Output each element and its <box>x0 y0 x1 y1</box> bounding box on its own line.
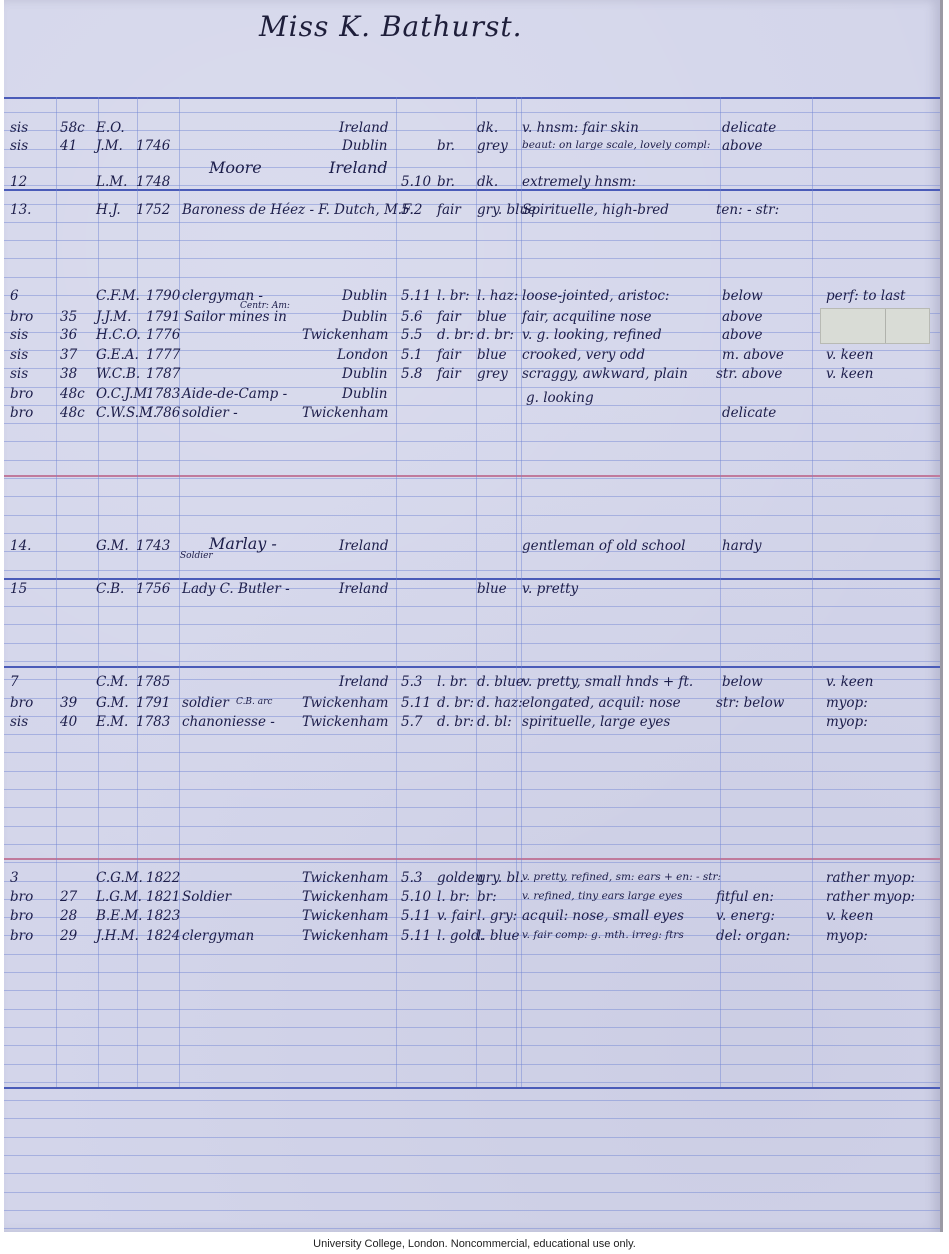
record-number-cell: 48c <box>60 407 85 421</box>
hair-cell: l. br. <box>437 676 468 690</box>
birthplace-cell: Ireland <box>339 540 388 554</box>
ruled-line <box>4 570 940 571</box>
hair-cell: d. br: <box>437 329 474 343</box>
ruled-line <box>4 1027 940 1028</box>
initials-cell: W.C.B. <box>96 368 140 382</box>
health-cell: m. above <box>722 349 784 363</box>
appearance-cell: v. g. looking, refined <box>522 329 662 343</box>
record-number-cell: 29 <box>60 930 77 944</box>
ruled-line <box>4 515 940 516</box>
relation-cell: bro <box>10 930 33 944</box>
eyes-cell: dk. <box>477 176 498 190</box>
page-title: Miss K. Bathurst. <box>259 10 522 43</box>
notes-cell: v. keen <box>826 368 873 382</box>
birthplace-cell: Twickenham <box>302 329 388 343</box>
name-occupation-cell: Aide-de-Camp - <box>182 388 287 402</box>
ruled-line <box>4 240 940 241</box>
birthplace-cell: Twickenham <box>302 930 388 944</box>
birthplace-cell: London <box>337 349 388 363</box>
ruled-line <box>4 460 940 461</box>
appearance-cell: g. looking <box>526 392 594 406</box>
ruled-line <box>4 97 940 99</box>
eyes-cell: blue <box>477 349 507 363</box>
relation-cell: sis <box>10 368 28 382</box>
eyes-cell: l. haz: <box>477 290 518 304</box>
health-cell: str. above <box>716 368 782 382</box>
ruled-line <box>4 1087 940 1089</box>
height-cell: 5.6 <box>401 311 422 325</box>
birthplace-cell: Twickenham <box>302 407 388 421</box>
name-note-cell: Centr: Am: <box>240 302 290 311</box>
ruled-line <box>4 441 940 442</box>
initials-cell: O.C.J.M. <box>96 388 151 402</box>
notes-cell: myop: <box>826 716 868 730</box>
ruled-line <box>4 844 940 845</box>
height-cell: 5.10 <box>401 891 431 905</box>
record-number-cell: 48c <box>60 388 85 402</box>
birthplace-cell: Twickenham <box>302 716 388 730</box>
initials-cell: B.E.M. <box>96 910 142 924</box>
birthplace-cell: Dublin <box>342 290 388 304</box>
notes-cell: myop: <box>826 930 868 944</box>
relation-cell: sis <box>10 329 28 343</box>
ruled-line <box>4 771 940 772</box>
birth-year-cell: 1787 <box>146 368 180 382</box>
notes-cell: rather myop: <box>826 872 915 886</box>
ruled-line <box>4 624 940 625</box>
relation-cell: bro <box>10 311 33 325</box>
copyright-footer: University College, London. Noncommercia… <box>0 1238 949 1250</box>
appearance-cell: v. pretty, small hnds + ft. <box>522 676 693 690</box>
initials-cell: L.M. <box>96 176 127 190</box>
initials-cell: G.M. <box>96 697 129 711</box>
column-rule <box>56 97 57 1087</box>
birth-year-cell: 1791 <box>146 311 180 325</box>
hair-cell: l. br: <box>437 891 470 905</box>
birth-year-cell: 1821 <box>146 891 180 905</box>
eyes-cell: d. blue <box>477 676 524 690</box>
hair-cell: br. <box>437 140 455 154</box>
hair-cell: l. br: <box>437 290 470 304</box>
birthplace-cell: Twickenham <box>302 891 388 905</box>
initials-cell: E.M. <box>96 716 128 730</box>
relation-cell: bro <box>10 388 33 402</box>
ruled-line <box>4 666 940 668</box>
name-occupation-cell: Marlay - <box>209 536 277 552</box>
ruled-line <box>4 1045 940 1046</box>
appearance-cell: v. pretty <box>522 583 578 597</box>
initials-cell: C.B. <box>96 583 124 597</box>
birth-year-cell: 1777 <box>146 349 180 363</box>
hair-cell: fair <box>437 349 461 363</box>
health-cell: below <box>722 676 763 690</box>
ruled-line <box>4 130 940 131</box>
birthplace-cell: Twickenham <box>302 910 388 924</box>
hair-cell: d. br: <box>437 716 474 730</box>
health-cell: above <box>722 140 762 154</box>
name-occupation-cell: Soldier <box>182 891 231 905</box>
height-cell: 5.3 <box>401 872 422 886</box>
relation-cell: 7 <box>10 676 19 690</box>
eyes-cell: blue <box>477 311 507 325</box>
record-number-cell: 38 <box>60 368 77 382</box>
ruled-line <box>4 1118 940 1119</box>
notes-cell: v. keen <box>826 676 873 690</box>
birthplace-cell: Ireland <box>339 676 388 690</box>
ledger-page: Miss K. Bathurst. sis58cE.O.Irelanddk.v.… <box>4 0 943 1232</box>
initials-cell: J.M. <box>96 140 123 154</box>
birth-year-cell: 1790 <box>146 290 180 304</box>
ruled-line <box>4 578 940 580</box>
ruled-line <box>4 1064 940 1065</box>
appearance-cell: crooked, very odd <box>522 349 645 363</box>
birthplace-cell: Dublin <box>342 140 388 154</box>
ruled-line <box>4 167 940 168</box>
name-occupation-cell: Lady C. Butler - <box>182 583 290 597</box>
column-rule <box>812 97 813 1087</box>
health-cell: v. energ: <box>716 910 775 924</box>
ruled-line <box>4 475 940 477</box>
health-cell: above <box>722 311 762 325</box>
record-number-cell: 58c <box>60 122 85 136</box>
ruled-line <box>4 1155 940 1156</box>
relation-cell: sis <box>10 122 28 136</box>
height-cell: 5.11 <box>401 930 431 944</box>
eyes-cell: grey <box>477 140 508 154</box>
ruled-line <box>4 789 940 790</box>
relation-cell: 13. <box>10 204 31 218</box>
ruled-line <box>4 1100 940 1101</box>
health-cell: fitful en: <box>716 891 774 905</box>
eyes-cell: br: <box>477 891 497 905</box>
hair-cell: fair <box>437 204 461 218</box>
record-number-cell: 28 <box>60 910 77 924</box>
ruled-line <box>4 1082 940 1083</box>
height-cell: 5.11 <box>401 910 431 924</box>
relation-cell: 6 <box>10 290 19 304</box>
health-cell: ten: - str: <box>716 204 779 218</box>
name-occupation-cell: Sailor mines in <box>184 311 287 325</box>
ruled-line <box>4 606 940 607</box>
ruled-line <box>4 899 940 900</box>
height-cell: 5.2 <box>401 204 422 218</box>
appearance-cell: v. hnsm: fair skin <box>522 122 639 136</box>
appearance-cell: gentleman of old school <box>522 540 685 554</box>
relation-cell: sis <box>10 716 28 730</box>
ruled-line <box>4 858 940 860</box>
name-occupation-cell: Moore <box>209 160 262 176</box>
ruled-line <box>4 661 940 662</box>
eyes-cell: dk. <box>477 122 498 136</box>
record-number-cell: 40 <box>60 716 77 730</box>
appearance-cell: beaut: on large scale, lovely compl: <box>522 140 710 151</box>
birth-year-cell: 1743 <box>136 540 170 554</box>
height-cell: 5.7 <box>401 716 422 730</box>
birth-year-cell: 1822 <box>146 872 180 886</box>
name-occupation-cell: chanoniesse - <box>182 716 275 730</box>
ruled-line <box>4 533 940 534</box>
height-cell: 5.10 <box>401 176 431 190</box>
ruled-line <box>4 313 940 314</box>
relation-cell: bro <box>10 407 33 421</box>
birthplace-cell: Dublin <box>342 368 388 382</box>
birth-year-cell: 1824 <box>146 930 180 944</box>
health-cell: del: organ: <box>716 930 790 944</box>
relation-cell: 14. <box>10 540 31 554</box>
ruled-line <box>4 1009 940 1010</box>
ruled-line <box>4 258 940 259</box>
ruled-line <box>4 222 940 223</box>
health-cell: str: below <box>716 697 784 711</box>
ruled-line <box>4 972 940 973</box>
relation-cell: 15 <box>10 583 27 597</box>
notes-cell: v. keen <box>826 910 873 924</box>
name-note-cell: C.B. arc <box>236 698 272 707</box>
ruled-line <box>4 350 940 351</box>
height-cell: 5.11 <box>401 697 431 711</box>
initials-cell: L.G.M. <box>96 891 142 905</box>
birth-year-cell: 1752 <box>136 204 170 218</box>
birthplace-cell: Dublin <box>342 311 388 325</box>
appearance-cell: acquil: nose, small eyes <box>522 910 684 924</box>
ruled-line <box>4 1173 940 1174</box>
relation-cell: sis <box>10 140 28 154</box>
ruled-line <box>4 826 940 827</box>
notes-cell: perf: to last <box>826 290 905 304</box>
appearance-cell: scraggy, awkward, plain <box>522 368 688 382</box>
relation-cell: 12 <box>10 176 27 190</box>
hair-cell: fair <box>437 368 461 382</box>
birth-year-cell: 1756 <box>136 583 170 597</box>
ruled-line <box>4 990 940 991</box>
eyes-cell: l. blue <box>477 930 520 944</box>
appearance-cell: Spirituelle, high-bred <box>522 204 669 218</box>
ruled-line <box>4 954 940 955</box>
record-number-cell: 37 <box>60 349 77 363</box>
birthplace-cell: Ireland <box>339 583 388 597</box>
eyes-cell: d. bl: <box>477 716 512 730</box>
initials-cell: H.J. <box>96 204 121 218</box>
birth-year-cell: 1776 <box>146 329 180 343</box>
birth-year-cell: 1783 <box>146 388 180 402</box>
eyes-cell: d. haz: <box>477 697 523 711</box>
ruled-line <box>4 478 940 479</box>
ruled-line <box>4 643 940 644</box>
height-cell: 5.3 <box>401 676 422 690</box>
name-occupation-cell: Baroness de Héez - F. Dutch, M.F. <box>182 204 414 218</box>
ruled-line <box>4 496 940 497</box>
ruled-line <box>4 1137 940 1138</box>
ruled-line <box>4 295 940 296</box>
notes-cell: rather myop: <box>826 891 915 905</box>
notes-cell: myop: <box>826 697 868 711</box>
eyes-cell: d. br: <box>477 329 514 343</box>
name-occupation-cell: soldier - <box>182 407 238 421</box>
health-cell: hardy <box>722 540 761 554</box>
birth-year-cell: 1746 <box>136 140 170 154</box>
height-cell: 5.11 <box>401 290 431 304</box>
name-occupation-cell: clergyman <box>182 930 254 944</box>
hair-cell: fair <box>437 311 461 325</box>
birthplace-cell: Ireland <box>339 122 388 136</box>
height-cell: 5.8 <box>401 368 422 382</box>
initials-cell: J.H.M. <box>96 930 139 944</box>
birthplace-cell: Twickenham <box>302 872 388 886</box>
birth-year-cell: 1791 <box>136 697 170 711</box>
initials-cell: G.E.A. <box>96 349 139 363</box>
record-number-cell: 27 <box>60 891 77 905</box>
appearance-cell: extremely hnsm: <box>522 176 636 190</box>
health-cell: delicate <box>722 407 776 421</box>
relation-cell: bro <box>10 891 33 905</box>
initials-cell: J.J.M. <box>96 311 131 325</box>
ruled-line <box>4 734 940 735</box>
appearance-cell: fair, acquiline nose <box>522 311 652 325</box>
birthplace-cell: Twickenham <box>302 697 388 711</box>
eyes-cell: l. gry: <box>477 910 517 924</box>
birth-year-cell: 1748 <box>136 176 170 190</box>
initials-cell: C.G.M. <box>96 872 143 886</box>
birth-year-cell: 1786 <box>146 407 180 421</box>
relation-cell: sis <box>10 349 28 363</box>
initials-cell: C.F.M. <box>96 290 140 304</box>
appearance-cell: elongated, acquil: nose <box>522 697 681 711</box>
birth-year-cell: 1823 <box>146 910 180 924</box>
hair-cell: br. <box>437 176 455 190</box>
eyes-cell: blue <box>477 583 507 597</box>
eyes-cell: grey <box>477 368 508 382</box>
record-number-cell: 36 <box>60 329 77 343</box>
relation-cell: bro <box>10 697 33 711</box>
initials-cell: C.M. <box>96 676 128 690</box>
ruled-line <box>4 1228 940 1229</box>
birthplace-cell: Ireland <box>329 160 388 176</box>
column-rule <box>396 97 397 1087</box>
ruled-line <box>4 807 940 808</box>
ruled-line <box>4 112 940 113</box>
height-cell: 5.1 <box>401 349 422 363</box>
paper-patch <box>820 308 930 344</box>
ruled-line <box>4 423 940 424</box>
birth-year-cell: 1783 <box>136 716 170 730</box>
health-cell: delicate <box>722 122 776 136</box>
relation-cell: bro <box>10 910 33 924</box>
ruled-line <box>4 862 940 863</box>
hair-cell: v. fair <box>437 910 475 924</box>
appearance-cell: v. pretty, refined, sm: ears + en: - str… <box>522 872 721 883</box>
initials-cell: E.O. <box>96 122 125 136</box>
birthplace-cell: Dublin <box>342 388 388 402</box>
ruled-line <box>4 277 940 278</box>
appearance-cell: loose-jointed, aristoc: <box>522 290 669 304</box>
ruled-line <box>4 1192 940 1193</box>
relation-cell: 3 <box>10 872 19 886</box>
health-cell: above <box>722 329 762 343</box>
initials-cell: G.M. <box>96 540 129 554</box>
record-number-cell: 35 <box>60 311 77 325</box>
ruled-line <box>4 1210 940 1211</box>
birth-year-cell: 1785 <box>136 676 170 690</box>
ruled-line <box>4 752 940 753</box>
appearance-cell: v. refined, tiny ears large eyes <box>522 891 682 902</box>
notes-cell: v. keen <box>826 349 873 363</box>
health-cell: below <box>722 290 763 304</box>
appearance-cell: v. fair comp: g. mth. irreg: ftrs <box>522 930 684 941</box>
name-occupation-cell: soldier <box>182 697 229 711</box>
name-note-cell: Soldier <box>180 552 213 561</box>
eyes-cell: gry. bl. <box>477 872 524 886</box>
ruled-line <box>4 368 940 369</box>
height-cell: 5.5 <box>401 329 422 343</box>
record-number-cell: 39 <box>60 697 77 711</box>
initials-cell: H.C.O. <box>96 329 141 343</box>
appearance-cell: spirituelle, large eyes <box>522 716 670 730</box>
record-number-cell: 41 <box>60 140 77 154</box>
hair-cell: d. br: <box>437 697 474 711</box>
